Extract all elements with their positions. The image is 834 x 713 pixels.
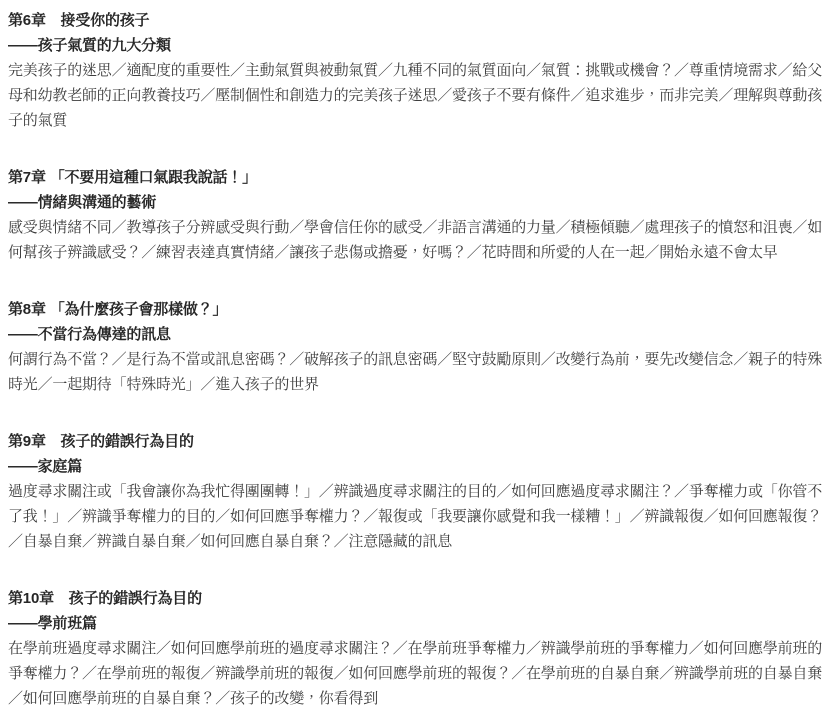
chapter-6-block: 第6章 接受你的孩子 ——孩子氣質的九大分類 完美孩子的迷思／適配度的重要性／主… (8, 8, 826, 133)
toc-page: 第6章 接受你的孩子 ——孩子氣質的九大分類 完美孩子的迷思／適配度的重要性／主… (0, 0, 834, 713)
chapter-8-subtitle: ——不當行為傳達的訊息 (8, 322, 826, 347)
chapter-9-block: 第9章 孩子的錯誤行為目的 ——家庭篇 過度尋求關注或「我會讓你為我忙得團團轉！… (8, 429, 826, 554)
chapter-7-title: 第7章 「不要用這種口氣跟我說話！」 (8, 165, 826, 190)
chapter-8-topic-list: 何謂行為不當？／是行為不當或訊息密碼？／破解孩子的訊息密碼／堅守鼓勵原則／改變行… (8, 347, 826, 397)
chapter-9-topic-list: 過度尋求關注或「我會讓你為我忙得團團轉！」／辨識過度尋求關注的目的／如何回應過度… (8, 479, 826, 554)
chapter-7-block: 第7章 「不要用這種口氣跟我說話！」 ——情緒與溝通的藝術 感受與情緒不同／教導… (8, 165, 826, 265)
chapter-9-title: 第9章 孩子的錯誤行為目的 (8, 429, 826, 454)
chapter-10-topic-list: 在學前班過度尋求關注／如何回應學前班的過度尋求關注？／在學前班爭奪權力／辨識學前… (8, 636, 826, 711)
chapter-8-block: 第8章 「為什麼孩子會那樣做？」 ——不當行為傳達的訊息 何謂行為不當？／是行為… (8, 297, 826, 397)
chapter-6-title: 第6章 接受你的孩子 (8, 8, 826, 33)
chapter-10-subtitle: ——學前班篇 (8, 611, 826, 636)
chapter-6-subtitle: ——孩子氣質的九大分類 (8, 33, 826, 58)
chapter-10-block: 第10章 孩子的錯誤行為目的 ——學前班篇 在學前班過度尋求關注／如何回應學前班… (8, 586, 826, 711)
chapter-7-subtitle: ——情緒與溝通的藝術 (8, 190, 826, 215)
chapter-7-topic-list: 感受與情緒不同／教導孩子分辨感受與行動／學會信任你的感受／非語言溝通的力量／積極… (8, 215, 826, 265)
chapter-10-title: 第10章 孩子的錯誤行為目的 (8, 586, 826, 611)
chapter-6-topic-list: 完美孩子的迷思／適配度的重要性／主動氣質與被動氣質／九種不同的氣質面向／氣質：挑… (8, 58, 826, 133)
chapter-8-title: 第8章 「為什麼孩子會那樣做？」 (8, 297, 826, 322)
chapter-9-subtitle: ——家庭篇 (8, 454, 826, 479)
